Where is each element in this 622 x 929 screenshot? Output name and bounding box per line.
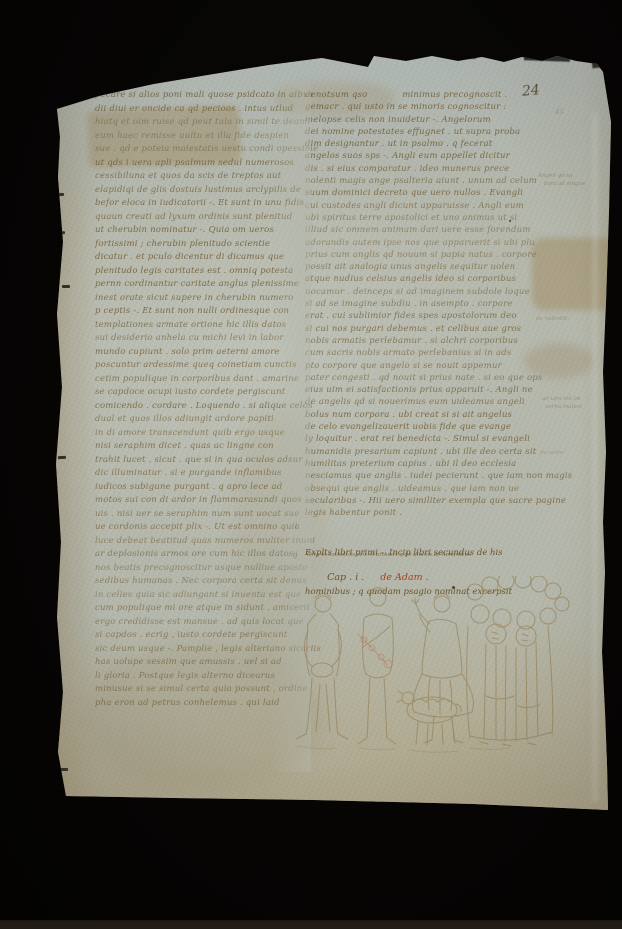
manuscript-text-line: pha eron ad petrus conhelemus . qui laid: [95, 697, 295, 711]
edge-stain: [592, 58, 619, 69]
manuscript-text-line: inest orate sicut supere in cherubin num…: [95, 292, 295, 306]
manuscript-text-line: minusue si se simul certa quia possunt ,…: [95, 683, 295, 697]
edge-stain: [446, 51, 476, 59]
manuscript-photograph: 24 45 pecare si alios poni mali quose ps…: [0, 0, 622, 929]
manuscript-text-line: plenitudo legis caritates est . omniq po…: [95, 265, 295, 279]
manuscript-text-line: nobis armatis perlebamur . si alchri cor…: [305, 335, 573, 347]
manuscript-text-line: nos beatis precognoscitur usque nulliue …: [95, 562, 295, 576]
manuscript-text-line: ut qds i uera apli psalmum sedul numeros…: [95, 157, 295, 171]
manuscript-text-line: ut cherubin nominatur -. Quia om ueros: [95, 224, 295, 238]
manuscript-text-line: iudicos subigune purgant . q apro lece a…: [95, 481, 295, 495]
manuscript-text-line: dual et quos illos adiungit ardore papit…: [95, 413, 295, 427]
manuscript-text-line: uis . nisi uer se seraphim num sunt uoca…: [95, 508, 295, 522]
manuscript-text-line: dei nomine potestates effugnet . ut supr…: [305, 126, 573, 138]
manuscript-text-line: comicendo . cordare . Loquendo . si aliq…: [95, 400, 295, 414]
binding-mark: [62, 285, 70, 288]
manuscript-text-line: pater congesti . qd nouit si prius nate …: [305, 372, 573, 384]
manuscript-text-line: adorandis autem ipse nos que apparuerit …: [305, 237, 573, 249]
manuscript-text-line: melopse celis non inuidetur -. Angelorum: [305, 114, 573, 126]
manuscript-text-line: dic illuminatur . si e purgande inflamib…: [95, 467, 295, 481]
manuscript-text-line: de celo evangelizauerit uobis fide que e…: [305, 421, 573, 433]
manuscript-text-line: befor eloca in iudicatorii -. Et sunt in…: [95, 197, 295, 211]
margin-note: de nolentib;: [536, 316, 569, 322]
margin-note: boni ad stngue: [544, 181, 585, 187]
manuscript-text-line: p ceptis -. Et sunt non nulli ordinesque…: [95, 305, 295, 319]
photo-mount-edge: [0, 922, 622, 929]
manuscript-text-line: hiatq et oim ruise qd peut tula in simil…: [95, 116, 295, 130]
manuscript-text-line: cui custodes angli dicunt apparuisse . A…: [305, 200, 573, 212]
binding-mark: [56, 193, 64, 196]
manuscript-text-line: eius uim ei satisfactionis prius apparui…: [305, 384, 573, 396]
vertical-crease-highlight: [590, 112, 600, 802]
manuscript-text-line: in celles quia sic adiungant si inuenta …: [95, 589, 295, 603]
manuscript-text-line: dis . si eius comparatur . ideo munerus …: [305, 163, 573, 175]
adam-nude-figure: [296, 594, 348, 740]
manuscript-text-line: sic deum usque -. Pamplie , legis alteri…: [95, 643, 295, 657]
manuscript-text-line: prius cum anglis qd nouum si papia natus…: [305, 249, 573, 261]
manuscript-text-line: de angelis qd si nouerimus eum uideamus …: [305, 396, 573, 408]
margin-note: ad uim not ad: [542, 396, 580, 402]
manuscript-text-line: trahit lucet . sicut . que si in qua ocu…: [95, 454, 295, 468]
parchment-page: 24 45 pecare si alios poni mali quose ps…: [54, 52, 615, 814]
gutter-section-mark: i: [295, 522, 297, 530]
miniature-drawing-de-adam: [290, 576, 590, 776]
binding-mark: [58, 456, 66, 459]
binding-mark: [60, 768, 68, 771]
manuscript-text-line: humanidis presarium capiunt . ubi ille d…: [305, 446, 573, 458]
manuscript-text-line: si capdos . ecrig , iusto cordete pergis…: [95, 629, 295, 643]
manuscript-text-line: in di amore transcendunt quib ergo usque: [95, 427, 295, 441]
margin-note: de scdm: [540, 450, 563, 456]
manuscript-text-line: li gloria . Postque legis alterno dicear…: [95, 670, 295, 684]
chapter-list-tiny-line: Orig et catholicis scis et orthodx q de …: [307, 552, 471, 558]
margin-note: uerba malum: [545, 404, 582, 410]
margin-note: Angeli qd su: [538, 173, 573, 179]
manuscript-text-line: bolus num corpora . ubi creat si si ait …: [305, 409, 573, 421]
manuscript-text-line: has uolupe sessim que amussis . uel si a…: [95, 656, 295, 670]
manuscript-text-line: dim designantur . ut in psalmo . q fecer…: [305, 138, 573, 150]
manuscript-text-line: obsequi que anglis . uideamus . que iam …: [305, 483, 573, 495]
manuscript-text-line: erat . cui sublimior fides spes apostolo…: [305, 310, 573, 322]
manuscript-text-line: elapidiqi de glis dostuis lustimus arcly…: [95, 184, 295, 198]
manuscript-text-line: ue cordonis accepit plix -. Ut est omnin…: [95, 521, 295, 535]
manuscript-text-line: pecare si alios poni mali quose psidcato…: [95, 89, 295, 103]
manuscript-text-line: pernn cordinantur caritate anglus plenis…: [95, 278, 295, 292]
manuscript-text-line: si ad se imagine subdiu . in asempto . c…: [305, 298, 573, 310]
manuscript-text-line: pto corpore que angelo si se nouit appem…: [305, 360, 573, 372]
manuscript-text-line: possit ait analogia unus angelis sequitu…: [305, 261, 573, 273]
manuscript-text-line: cessibiluna et quos da scis de treptos a…: [95, 170, 295, 184]
manuscript-text-line: templationes armate ortione hic illis da…: [95, 319, 295, 333]
manuscript-text-line: humilitas preterium capius . ubi il deo …: [305, 458, 573, 470]
manuscript-text-line: cetim populique in corporibus dant . ama…: [95, 373, 295, 387]
text-column-left: pecare si alios poni mali quose psidcato…: [95, 89, 295, 710]
manuscript-text-line: secularibus -. Hii uero similiter exempl…: [305, 495, 573, 507]
text-column-right: denotsum qso minimus precognoscit .gemac…: [305, 89, 573, 519]
ground-strokes: [296, 746, 510, 752]
manuscript-text-line: dicatur . et pculo dicentur di dicamus q…: [95, 251, 295, 265]
manuscript-text-line: nesciamus que anglis . iudei pecierunt .…: [305, 470, 573, 482]
manuscript-text-line: angelos suos sps -. Angli eum appellet d…: [305, 150, 573, 162]
manuscript-text-line: illiud sic omnem animam dari uere esse f…: [305, 224, 573, 236]
crowd-of-figures: [467, 576, 569, 746]
manuscript-text-line: suum dominici decreto que uero nullos . …: [305, 187, 573, 199]
manuscript-text-line: dii diui er oncide ca qd pecioos . intus…: [95, 103, 295, 117]
manuscript-text-line: quaun creati ad lyxum ordinis sunt pleni…: [95, 211, 295, 225]
edge-stain: [524, 53, 570, 62]
manuscript-text-line: atque nudius celsius angelis ideo si cor…: [305, 273, 573, 285]
manuscript-text-line: nisi seraphim dicet . quas ac lingne con: [95, 440, 295, 454]
manuscript-text-line: eum haec remisse uultu et illa fide desp…: [95, 130, 295, 144]
manuscript-text-line: motos sui con di ardor in flammarasundi …: [95, 494, 295, 508]
second-nude-figure: [358, 588, 396, 745]
manuscript-text-line: ubi spiritus terre apostolici et uno ani…: [305, 212, 573, 224]
manuscript-text-line: si cui nos purgari debemus . et celibus …: [305, 323, 573, 335]
manuscript-text-line: se capdoce ocupi iusto cordete pergiscun…: [95, 386, 295, 400]
manuscript-text-line: ergo credidisse est mansue . ad quis loc…: [95, 616, 295, 630]
manuscript-text-line: cum populique mi ore atque in sidunt . a…: [95, 602, 295, 616]
manuscript-text-line: uocamur . deinceps si ad imaginem subdol…: [305, 286, 573, 298]
manuscript-text-line: poscuntur ardessime queq coinetiam cunct…: [95, 359, 295, 373]
binding-mark: [57, 231, 65, 234]
manuscript-text-line: sui desiderio anhela cu michi levi in la…: [95, 332, 295, 346]
manuscript-text-line: luce debeat beatitud quas numeros mulite…: [95, 535, 295, 549]
manuscript-text-line: mundo cupiunt . solo prim aeterni amore: [95, 346, 295, 360]
manuscript-text-line: legis habentur ponit .: [305, 507, 573, 519]
manuscript-text-line: gemacr . qui usto in se minoris cognosci…: [305, 101, 573, 113]
robed-figure-gesturing: [412, 594, 474, 744]
manuscript-text-line: ly loquitur . erat rei benedicta -. Simu…: [305, 433, 573, 445]
manuscript-text-line: sedibus humanas . Nec corpora certa sit …: [95, 575, 295, 589]
manuscript-text-line: fortissimi ; cherubin plenitudo scientie: [95, 238, 295, 252]
manuscript-text-line: sue . qd e poteia maiestatis uestu condi…: [95, 143, 295, 157]
manuscript-text-line: nolenti magis ange psalteria aiunt . unu…: [305, 175, 573, 187]
manuscript-text-line: ar deplosionis armos ore cum hic illos d…: [95, 548, 295, 562]
manuscript-text-line: denotsum qso minimus precognoscit .: [305, 89, 573, 101]
gutter-section-mark: ij: [293, 551, 297, 559]
manuscript-text-line: cum sacris nobis armato perlebanius si i…: [305, 347, 573, 359]
